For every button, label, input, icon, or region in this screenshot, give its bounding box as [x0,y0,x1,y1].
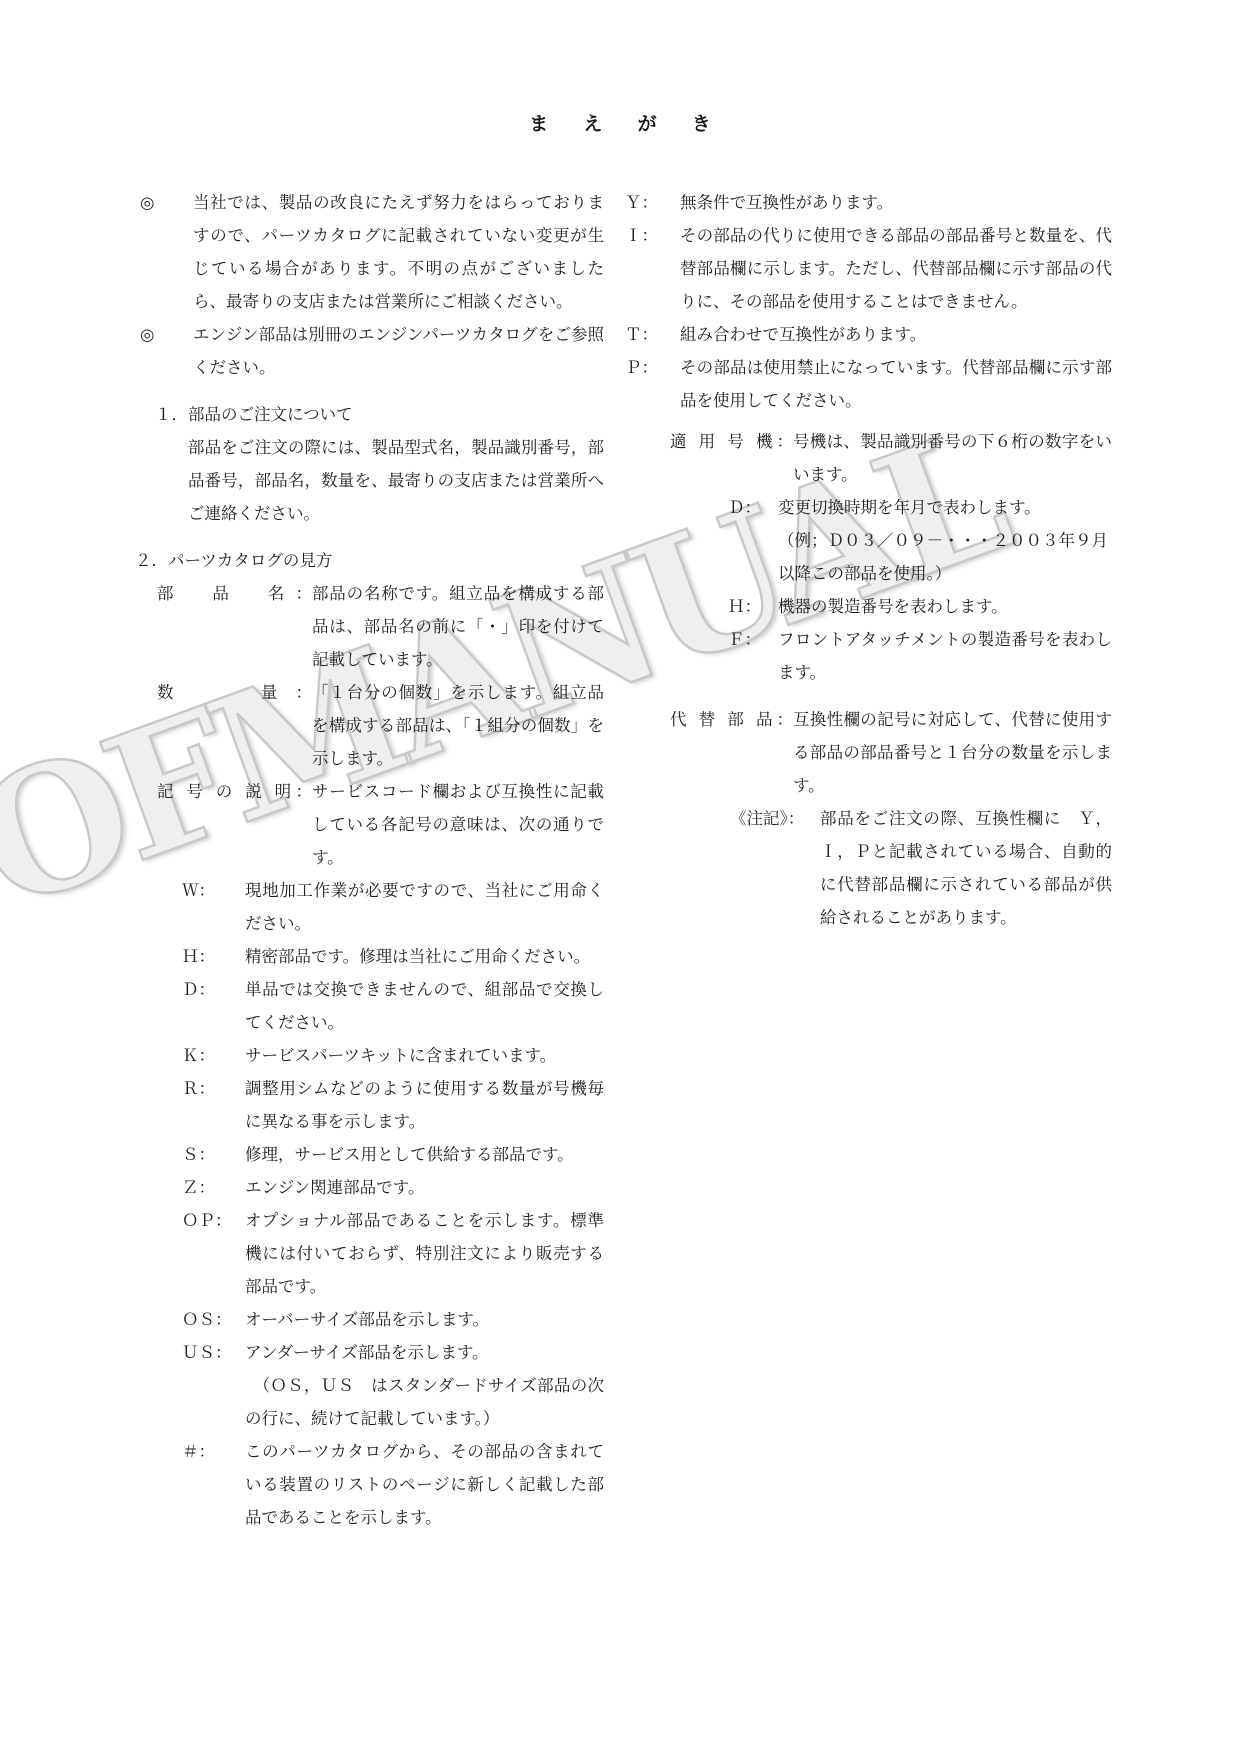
service-code-row: Ｈ： 精密部品です。修理は当社にご用命ください。 [135,940,604,973]
compat-code-row: Ｔ： 組み合わせで互換性があります。 [600,318,1112,351]
compat-code-row: Ｉ： その部品の代りに使用できる部品の部品番号と数量を、代替部品欄に示します。た… [600,219,1112,318]
service-code-row: Ｓ： 修理，サービス用として供給する部品です。 [135,1138,604,1171]
double-circle-bullet: ◎ [135,186,193,219]
service-code-row: Ｚ： エンジン関連部品です。 [135,1171,604,1204]
service-code-text: 精密部品です。修理は当社にご用命ください。 [245,940,604,973]
service-code-row: ＯＰ： オプショナル部品であることを示します。標準機には付いておらず、特別注文に… [135,1204,604,1303]
service-code-row: ＯＳ： オーバーサイズ部品を示します。 [135,1303,604,1336]
term-row: 数 量： 「１台分の個数」を示します。組立品を構成する部品は、「１組分の個数」を… [135,676,604,775]
section2-heading: ２．パーツカタログの見方 [135,544,604,577]
compat-code-label: Ｙ： [625,186,680,219]
compat-code-label: Ｉ： [625,219,680,252]
term-row: 部 品 名： 部品の名称です。組立品を構成する部品は、部品名の前に「・」印を付け… [135,577,604,676]
service-code-row: Ｗ： 現地加工作業が必要ですので、当社にご用命ください。 [135,874,604,940]
compat-code-text: その部品の代りに使用できる部品の部品番号と数量を、代替部品欄に示します。ただし、… [680,219,1112,318]
service-code-label: Ｗ： [182,874,245,907]
service-code-row: Ｋ： サービスパーツキットに含まれています。 [135,1039,604,1072]
serial-code-row: Ｆ： フロントアタッチメントの製造番号を表わします。 [600,623,1112,689]
serial-code-label: Ｄ： [728,491,778,524]
service-code-row: Ｄ： 単品では交換できませんので、組部品で交換してください。 [135,973,604,1039]
serial-code-row: Ｈ： 機器の製造番号を表わします。 [600,590,1112,623]
left-column: ◎ 当社では、製品の改良にたえず努力をはらっておりますので、パーツカタログに記載… [135,186,604,1534]
service-code-row: ＵＳ： アンダーサイズ部品を示します。 （ＯＳ，ＵＳ はスタンダードサイズ部品の… [135,1336,604,1435]
serial-code-text: 機器の製造番号を表わします。 [778,590,1112,623]
section1-body-row: 部品をご注文の際には、製品型式名，製品識別番号，部品番号，部品名，数量を、最寄り… [135,431,604,530]
compat-code-label: Ｔ： [625,318,680,351]
compat-code-text: 組み合わせで互換性があります。 [680,318,1112,351]
serial-code-text: フロントアタッチメントの製造番号を表わします。 [778,623,1112,689]
service-code-label: Ｒ： [182,1072,245,1105]
service-code-text: 調整用シムなどのように使用する数量が号機毎に異なる事を示します。 [245,1072,604,1138]
service-code-label: ＃： [182,1435,245,1468]
service-code-text: エンジン関連部品です。 [245,1171,604,1204]
service-code-text: 単品では交換できませんので、組部品で交換してください。 [245,973,604,1039]
term-text: サービスコード欄および互換性に記載している各記号の意味は、次の通りです。 [312,775,604,874]
term-text: 部品の名称です。組立品を構成する部品は、部品名の前に「・」印を付けて記載していま… [312,577,604,676]
service-code-label: ＯＰ： [182,1204,245,1237]
alternative-parts-label: 代 替 部 品： [670,703,793,736]
double-circle-bullet: ◎ [135,318,193,351]
service-code-label: Ｈ： [182,940,245,973]
alternative-parts-text: 互換性欄の記号に対応して、代替に使用する部品の部品番号と１台分の数量を示します。 [793,703,1112,802]
service-code-row: Ｒ： 調整用シムなどのように使用する数量が号機毎に異なる事を示します。 [135,1072,604,1138]
service-code-label: ＯＳ： [182,1303,245,1336]
service-code-label: Ｋ： [182,1039,245,1072]
term-label: 部 品 名： [157,577,312,610]
term-row: 記 号 の 説 明： サービスコード欄および互換性に記載している各記号の意味は、… [135,775,604,874]
applicable-serial-row: 適 用 号 機： 号機は、製品識別番号の下６桁の数字をいいます。 [600,425,1112,491]
alternative-parts-row: 代 替 部 品： 互換性欄の記号に対応して、代替に使用する部品の部品番号と１台分… [600,703,1112,802]
term-text: 「１台分の個数」を示します。組立品を構成する部品は、「１組分の個数」を示します。 [312,676,604,775]
compat-code-label: Ｐ： [625,351,680,384]
serial-code-row: Ｄ： 変更切換時期を年月で表わします。 （例；Ｄ０３／０９－・・・２００３年９月… [600,491,1112,590]
service-code-label: Ｄ： [182,973,245,1006]
compat-code-text: その部品は使用禁止になっています。代替部品欄に示す部品を使用してください。 [680,351,1112,417]
term-label: 記 号 の 説 明： [157,775,312,808]
applicable-serial-text: 号機は、製品識別番号の下６桁の数字をいいます。 [793,425,1112,491]
compat-code-text: 無条件で互換性があります。 [680,186,1112,219]
service-code-text: 現地加工作業が必要ですので、当社にご用命ください。 [245,874,604,940]
serial-code-label: Ｈ： [728,590,778,623]
notice-item: ◎ 当社では、製品の改良にたえず努力をはらっておりますので、パーツカタログに記載… [135,186,604,318]
section1-heading: １．部品のご注文について [135,398,604,431]
service-code-text: オーバーサイズ部品を示します。 [245,1303,604,1336]
compat-code-row: Ｐ： その部品は使用禁止になっています。代替部品欄に示す部品を使用してください。 [600,351,1112,417]
remark-text: 部品をご注文の際、互換性欄に Ｙ，Ｉ，Ｐと記載されている場合、自動的に代替部品欄… [820,802,1112,934]
service-code-text: このパーツカタログから、その部品の含まれている装置のリストのページに新しく記載し… [245,1435,604,1534]
document-page: OFMANUAL まえがき ◎ 当社では、製品の改良にたえず努力をはらっておりま… [0,0,1240,1755]
page-header: まえがき [0,108,1240,141]
service-code-label: Ｚ： [182,1171,245,1204]
serial-code-label: Ｆ： [728,623,778,656]
notice-text: エンジン部品は別冊のエンジンパーツカタログをご参照ください。 [193,318,604,384]
notice-item: ◎ エンジン部品は別冊のエンジンパーツカタログをご参照ください。 [135,318,604,384]
compat-code-row: Ｙ： 無条件で互換性があります。 [600,186,1112,219]
remark-label: 《注記》： [730,802,820,835]
section1-body: 部品をご注文の際には、製品型式名，製品識別番号，部品番号，部品名，数量を、最寄り… [188,431,604,530]
service-code-text: アンダーサイズ部品を示します。 （ＯＳ，ＵＳ はスタンダードサイズ部品の次の行に… [245,1336,604,1435]
serial-code-text: 変更切換時期を年月で表わします。 （例；Ｄ０３／０９－・・・２００３年９月 以降… [778,491,1112,590]
remark-row: 《注記》： 部品をご注文の際、互換性欄に Ｙ，Ｉ，Ｐと記載されている場合、自動的… [600,802,1112,934]
service-code-label: Ｓ： [182,1138,245,1171]
notice-text: 当社では、製品の改良にたえず努力をはらっておりますので、パーツカタログに記載され… [193,186,604,318]
applicable-serial-label: 適 用 号 機： [670,425,793,458]
service-code-row: ＃： このパーツカタログから、その部品の含まれている装置のリストのページに新しく… [135,1435,604,1534]
term-label: 数 量： [157,676,312,709]
right-column: Ｙ： 無条件で互換性があります。 Ｉ： その部品の代りに使用できる部品の部品番号… [600,186,1112,934]
service-code-text: 修理，サービス用として供給する部品です。 [245,1138,604,1171]
service-code-label: ＵＳ： [182,1336,245,1369]
service-code-text: サービスパーツキットに含まれています。 [245,1039,604,1072]
page-title: まえがき [494,114,746,135]
service-code-text: オプショナル部品であることを示します。標準機には付いておらず、特別注文により販売… [245,1204,604,1303]
